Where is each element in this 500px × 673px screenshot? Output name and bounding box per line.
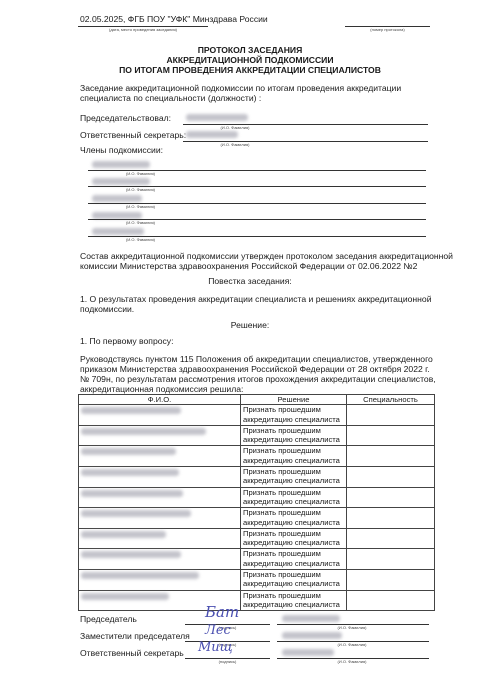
name-caption-chair: (И.О. Фамилия)	[327, 625, 377, 630]
decision-cell: Признать прошедшимаккредитацию специалис…	[241, 425, 347, 446]
signature-secretary: Мищ	[198, 640, 233, 655]
table-row: Признать прошедшимаккредитацию специалис…	[79, 549, 435, 570]
protocol-number-caption: (номер протокола)	[345, 27, 430, 32]
table-row: Признать прошедшимаккредитацию специалис…	[79, 528, 435, 549]
decision-line-2: аккредитацию специалиста	[243, 559, 344, 568]
intro-line-1: Заседание аккредитационной подкомиссии п…	[80, 83, 401, 94]
decision-cell: Признать прошедшимаккредитацию специалис…	[241, 590, 347, 611]
decision-cell: Признать прошедшимаккредитацию специалис…	[241, 446, 347, 467]
specialty-cell	[347, 467, 435, 488]
decision-line-2: аккредитацию специалиста	[243, 600, 344, 609]
name-cell	[79, 528, 241, 549]
name-redacted	[81, 469, 179, 476]
table-row: Признать прошедшимаккредитацию специалис…	[79, 467, 435, 488]
decision-line-1: Признать прошедшим	[243, 405, 344, 414]
date-place-caption: (дата, место проведения заседания)	[78, 27, 208, 32]
secretary-label: Ответственный секретарь:	[80, 130, 186, 141]
name-cell	[79, 508, 241, 529]
decision-line-1: Признать прошедшим	[243, 488, 344, 497]
decision-line-2: аккредитацию специалиста	[243, 518, 344, 527]
column-header-specialty: Специальность	[347, 395, 435, 405]
title-line-1: ПРОТОКОЛ ЗАСЕДАНИЯ	[0, 45, 500, 56]
name-cell	[79, 549, 241, 570]
results-table: Ф.И.О. Решение Специальность Признать пр…	[78, 394, 435, 611]
secretary-name-caption: (И.О. Фамилия)	[210, 142, 260, 147]
chair-name-caption: (И.О. Фамилия)	[210, 125, 260, 130]
signature-name-secretary-redacted	[282, 649, 334, 656]
decision-line-2: аккредитацию специалиста	[243, 456, 344, 465]
agenda-heading: Повестка заседания:	[0, 276, 500, 287]
decision-text-line-1: Руководствуясь пунктом 115 Положения об …	[80, 354, 433, 365]
decision-line-2: аккредитацию специалиста	[243, 497, 344, 506]
name-redacted	[81, 407, 181, 414]
composition-line-2: комиссии Министерства здравоохранения Ро…	[80, 261, 417, 272]
decision-line-2: аккредитацию специалиста	[243, 579, 344, 588]
decision-line-2: аккредитацию специалиста	[243, 538, 344, 547]
specialty-cell	[347, 508, 435, 529]
specialty-cell	[347, 446, 435, 467]
signature-role-secretary: Ответственный секретарь	[80, 648, 184, 659]
decision-text-line-3: № 709н, по результатам рассмотрения итог…	[80, 374, 436, 385]
chair-label: Председательствовал:	[80, 113, 171, 124]
decision-text-line-4: аккредитационная подкомиссия решила:	[80, 384, 243, 395]
decision-heading: Решение:	[0, 320, 500, 331]
member-3-redacted	[92, 195, 142, 202]
column-header-decision: Решение	[241, 395, 347, 405]
specialty-cell	[347, 528, 435, 549]
table-row: Признать прошедшимаккредитацию специалис…	[79, 590, 435, 611]
signature-name-deputy-redacted	[282, 632, 342, 639]
member-3-caption: (И.О. Фамилия)	[118, 204, 163, 209]
name-redacted	[81, 448, 176, 455]
decision-cell: Признать прошедшимаккредитацию специалис…	[241, 570, 347, 591]
decision-cell: Признать прошедшимаккредитацию специалис…	[241, 528, 347, 549]
decision-text-line-2: приказом Министерства здравоохранения Ро…	[80, 364, 430, 375]
signature-chair: Бат	[205, 603, 239, 621]
specialty-cell	[347, 425, 435, 446]
secretary-name-redacted	[186, 131, 238, 138]
member-4-caption: (И.О. Фамилия)	[118, 220, 163, 225]
member-5-redacted	[92, 228, 144, 235]
member-2-caption: (И.О. Фамилия)	[118, 187, 163, 192]
decision-cell: Признать прошедшимаккредитацию специалис…	[241, 467, 347, 488]
decision-line-2: аккредитацию специалиста	[243, 435, 344, 444]
decision-cell: Признать прошедшимаккредитацию специалис…	[241, 549, 347, 570]
name-redacted	[81, 572, 199, 579]
specialty-cell	[347, 549, 435, 570]
decision-line-1: Признать прошедшим	[243, 570, 344, 579]
title-line-2: АККРЕДИТАЦИОННОЙ ПОДКОМИССИИ	[0, 55, 500, 66]
specialty-cell	[347, 405, 435, 426]
table-row: Признать прошедшимаккредитацию специалис…	[79, 405, 435, 426]
signature-role-chair: Председатель	[80, 614, 137, 625]
decision-line-1: Признать прошедшим	[243, 529, 344, 538]
decision-cell: Признать прошедшимаккредитацию специалис…	[241, 405, 347, 426]
decision-cell: Признать прошедшимаккредитацию специалис…	[241, 487, 347, 508]
decision-line-1: Признать прошедшим	[243, 508, 344, 517]
decision-line-2: аккредитацию специалиста	[243, 476, 344, 485]
intro-line-2: специалиста по специальности (должности)…	[80, 93, 261, 104]
protocol-document: 02.05.2025, ФГБ ПОУ "УФК" Минздрава Росс…	[0, 0, 500, 673]
table-row: Признать прошедшимаккредитацию специалис…	[79, 487, 435, 508]
name-cell	[79, 446, 241, 467]
specialty-cell	[347, 590, 435, 611]
name-caption-secretary: (И.О. Фамилия)	[327, 659, 377, 664]
table-row: Признать прошедшимаккредитацию специалис…	[79, 425, 435, 446]
decision-line-1: Признать прошедшим	[243, 426, 344, 435]
name-cell	[79, 425, 241, 446]
name-redacted	[81, 551, 181, 558]
title-line-3: ПО ИТОГАМ ПРОВЕДЕНИЯ АККРЕДИТАЦИИ СПЕЦИА…	[0, 65, 500, 76]
column-header-name: Ф.И.О.	[79, 395, 241, 405]
specialty-cell	[347, 487, 435, 508]
name-cell	[79, 570, 241, 591]
decision-line-1: Признать прошедшим	[243, 446, 344, 455]
first-question-label: 1. По первому вопросу:	[80, 336, 174, 347]
member-5-caption: (И.О. Фамилия)	[118, 237, 163, 242]
signature-name-chair-redacted	[282, 615, 340, 622]
name-redacted	[81, 490, 183, 497]
decision-line-1: Признать прошедшим	[243, 467, 344, 476]
name-cell	[79, 405, 241, 426]
name-caption-deputy: (И.О. Фамилия)	[327, 642, 377, 647]
member-4-redacted	[92, 212, 142, 219]
table-row: Признать прошедшимаккредитацию специалис…	[79, 446, 435, 467]
member-1-redacted	[92, 161, 150, 168]
table-header-row: Ф.И.О. Решение Специальность	[79, 395, 435, 405]
name-redacted	[81, 593, 169, 600]
table-row: Признать прошедшимаккредитацию специалис…	[79, 508, 435, 529]
name-cell	[79, 467, 241, 488]
date-place: 02.05.2025, ФГБ ПОУ "УФК" Минздрава Росс…	[80, 14, 268, 25]
member-1-caption: (И.О. Фамилия)	[118, 171, 163, 176]
name-redacted	[81, 428, 206, 435]
signature-deputy: Лес	[205, 623, 231, 638]
name-redacted	[81, 531, 166, 538]
name-redacted	[81, 510, 191, 517]
member-2-redacted	[92, 178, 150, 185]
agenda-item-1-line-2: подкомиссии.	[80, 304, 134, 315]
decision-line-1: Признать прошедшим	[243, 549, 344, 558]
name-cell	[79, 487, 241, 508]
signature-role-deputy: Заместители председателя	[80, 631, 190, 642]
agenda-item-1-line-1: 1. О результатах проведения аккредитации…	[80, 294, 432, 305]
chair-name-redacted	[186, 114, 248, 121]
members-label: Члены подкомиссии:	[80, 145, 163, 156]
composition-line-1: Состав аккредитационной подкомиссии утве…	[80, 251, 453, 262]
specialty-cell	[347, 570, 435, 591]
decision-line-1: Признать прошедшим	[243, 591, 344, 600]
signature-caption-secretary: (подпись)	[205, 659, 250, 664]
decision-line-2: аккредитацию специалиста	[243, 415, 344, 424]
table-row: Признать прошедшимаккредитацию специалис…	[79, 570, 435, 591]
decision-cell: Признать прошедшимаккредитацию специалис…	[241, 508, 347, 529]
